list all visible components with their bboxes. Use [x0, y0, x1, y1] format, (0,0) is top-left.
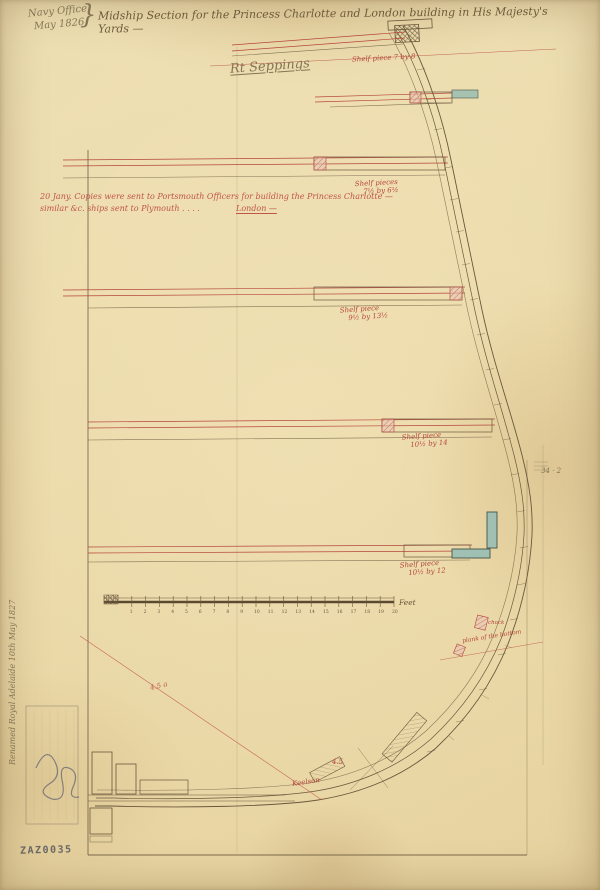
scale-unit-label: Feet — [398, 598, 417, 607]
shelf-note-middle: Shelf piece 9½ by 13½ — [339, 303, 388, 322]
shelf-note-lower: Shelf piece 10½ by 14 — [401, 430, 448, 449]
scale-tick-label: 14 — [309, 609, 315, 615]
scale-tick-label: 1 — [130, 609, 133, 615]
scale-tick-label: 20 — [392, 609, 398, 615]
chock-note: chock — [488, 620, 504, 626]
header-brace: } — [80, 1, 97, 31]
scale-tick-label: 4 — [171, 609, 174, 615]
iron-knee-horizontal — [452, 549, 490, 558]
shelf-note-upper: Shelf pieces 7½ by 6½ — [355, 178, 399, 196]
scale-tick-label: 9 — [240, 609, 243, 615]
scale-tick-label: 3 — [157, 609, 160, 615]
deck-main — [63, 287, 465, 308]
shelf-note-orlop: Shelf piece 10½ by 12 — [399, 558, 446, 577]
rename-side-note: Renamed Royal Adelaide 10th May 1827 — [8, 550, 17, 765]
scale-tick-label: 18 — [364, 609, 370, 615]
scale-tick-label: 2 — [144, 609, 147, 615]
scale-tick-label: 6 — [199, 609, 202, 615]
archive-stamp: ZAZ0035 — [20, 844, 73, 856]
memo-emphasis: London — — [236, 204, 277, 213]
ship-plan-sheet: Feet 1234567891011121314151617181920 Nav… — [0, 0, 600, 890]
deck-quarter — [315, 90, 478, 107]
deck-poop — [232, 32, 405, 56]
deck-upper — [63, 157, 448, 178]
memo-line-2: similar &c. ships sent to Plymouth . . .… — [40, 204, 200, 213]
scale-bar: Feet 1234567891011121314151617181920 — [104, 595, 417, 615]
scale-tick-label: 19 — [378, 609, 384, 615]
iron-knee-vertical — [487, 512, 497, 548]
memo-line-1: 20 Jany. Copies were sent to Portsmouth … — [40, 192, 393, 201]
scale-tick-label: 15 — [323, 609, 329, 615]
midship-section-drawing: Feet 1234567891011121314151617181920 — [0, 0, 600, 890]
station-ticks — [448, 462, 548, 740]
scale-tick-label: 17 — [351, 609, 357, 615]
plan-title: Midship Section for the Princess Charlot… — [98, 5, 578, 35]
timber-butt-marks — [417, 69, 528, 753]
scale-tick-label: 11 — [268, 609, 274, 615]
scale-tick-label: 12 — [282, 609, 288, 615]
scale-tick-label: 7 — [213, 609, 216, 615]
deck-lower — [88, 512, 497, 562]
scale-tick-label: 5 — [185, 609, 188, 615]
scale-tick-label: 8 — [226, 609, 229, 615]
stamp-box — [26, 706, 79, 824]
breadth-note: 34 · 2 — [541, 467, 561, 475]
scale-tick-label: 13 — [295, 609, 301, 615]
hull-side-planking — [95, 26, 532, 807]
keel-assembly — [88, 752, 295, 842]
scale-tick-label: 10 — [254, 609, 260, 615]
scale-tick-label: 16 — [337, 609, 343, 615]
pencil-scribble — [36, 755, 79, 800]
bilge-mark: 4.5 — [332, 758, 343, 766]
